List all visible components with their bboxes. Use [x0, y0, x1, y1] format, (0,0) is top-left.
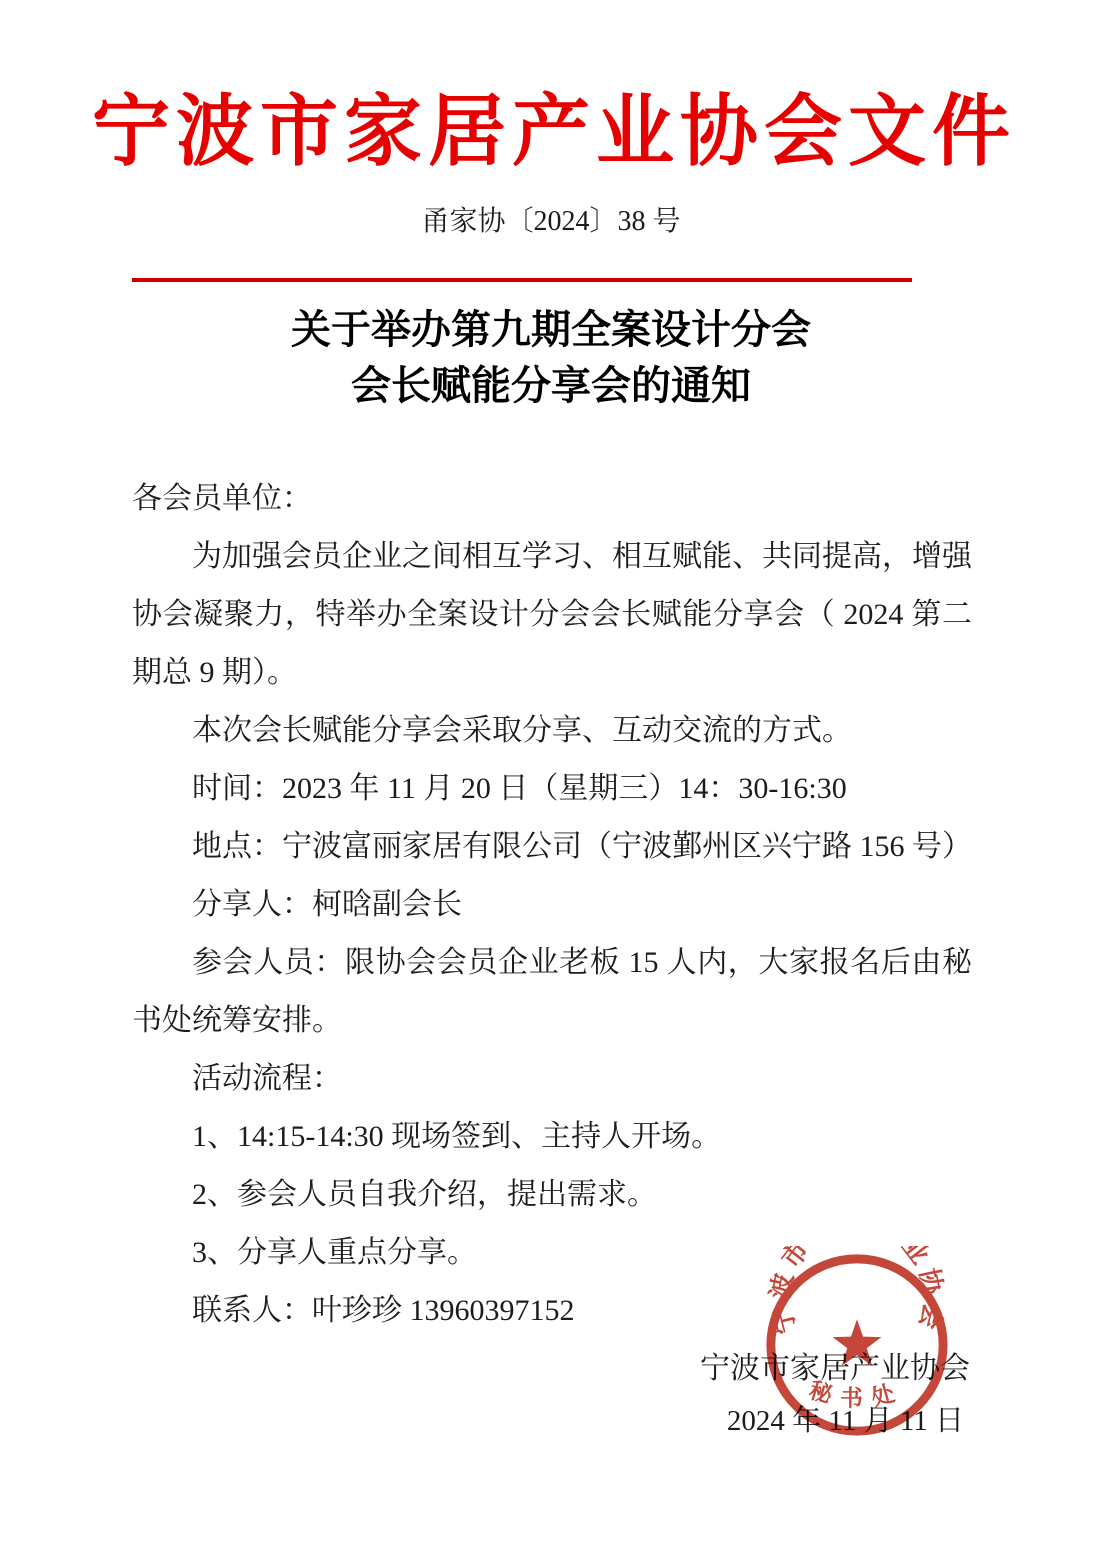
- document-page: 宁波市家居产业协会文件 甬家协〔2024〕38 号 关于举办第九期全案设计分会 …: [0, 0, 1102, 1559]
- signature-organization: 宁波市家居产业协会: [700, 1352, 970, 1386]
- paragraph-contact: 联系人：叶珍珍 13960397152: [132, 1282, 972, 1340]
- paragraph-agenda-heading: 活动流程：: [132, 1050, 972, 1108]
- letterhead-divider: [132, 278, 912, 282]
- salutation: 各会员单位：: [132, 470, 972, 528]
- notice-title-line2: 会长赋能分享会的通知: [0, 358, 1102, 414]
- document-body: 各会员单位： 为加强会员企业之间相互学习、相互赋能、共同提高，增强协会凝聚力，特…: [132, 470, 972, 1340]
- signature-date: 2024 年 11 月 11 日: [727, 1404, 964, 1438]
- agenda-item-3: 3、分享人重点分享。: [132, 1224, 972, 1282]
- notice-title: 关于举办第九期全案设计分会 会长赋能分享会的通知: [0, 302, 1102, 414]
- letterhead-title: 宁波市家居产业协会文件: [0, 84, 1102, 180]
- paragraph-speaker: 分享人：柯晗副会长: [132, 876, 972, 934]
- notice-title-line1: 关于举办第九期全案设计分会: [0, 302, 1102, 358]
- paragraph-purpose: 为加强会员企业之间相互学习、相互赋能、共同提高，增强协会凝聚力，特举办全案设计分…: [132, 528, 972, 702]
- paragraph-format: 本次会长赋能分享会采取分享、互动交流的方式。: [132, 702, 972, 760]
- document-number: 甬家协〔2024〕38 号: [0, 202, 1102, 242]
- paragraph-time: 时间：2023 年 11 月 20 日（星期三）14：30-16:30: [132, 760, 972, 818]
- agenda-item-1: 1、14:15-14:30 现场签到、主持人开场。: [132, 1108, 972, 1166]
- paragraph-location: 地点：宁波富丽家居有限公司（宁波鄞州区兴宁路 156 号）: [132, 818, 972, 876]
- paragraph-attendees: 参会人员：限协会会员企业老板 15 人内，大家报名后由秘书处统筹安排。: [132, 934, 972, 1050]
- agenda-item-2: 2、参会人员自我介绍，提出需求。: [132, 1166, 972, 1224]
